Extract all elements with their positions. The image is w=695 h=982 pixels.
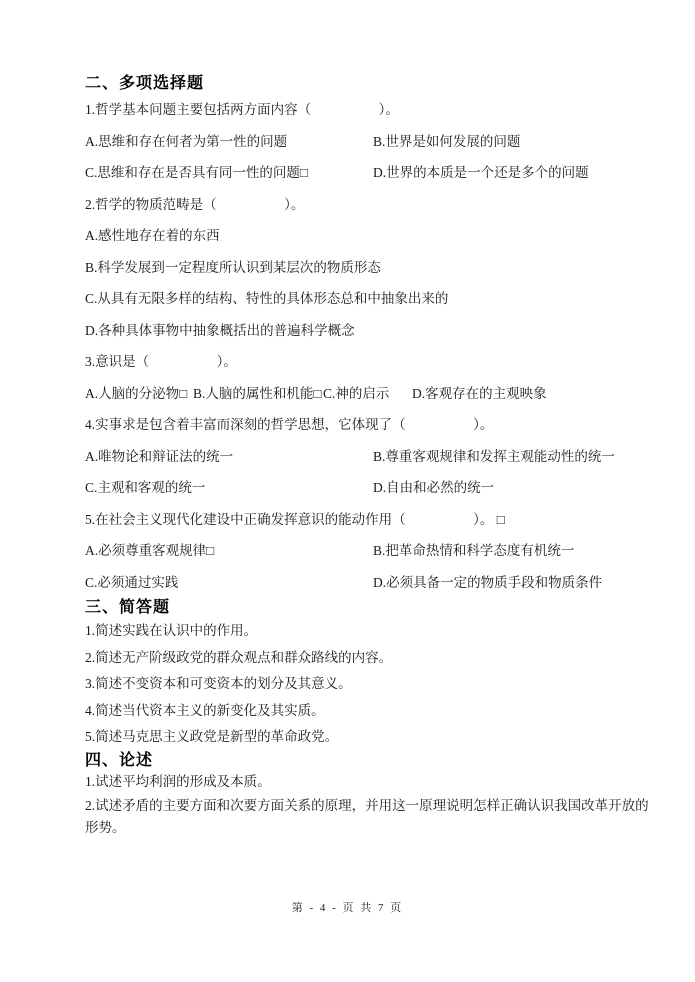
mc-q1-stem: 1.哲学基本问题主要包括两方面内容（ ）。 xyxy=(85,94,671,126)
mc-q4-option-c: C.主观和客观的统一 xyxy=(85,472,373,504)
mc-q2-option-d: D.各种具体事物中抽象概括出的普遍科学概念 xyxy=(85,315,671,347)
mc-q2-option-a: A.感性地存在着的东西 xyxy=(85,220,671,252)
mc-q5-option-b: B.把革命热情和科学态度有机统一 xyxy=(373,543,574,558)
mc-q2-stem: 2.哲学的物质范畴是（ ）。 xyxy=(85,189,671,221)
sa-q2: 2.简述无产阶级政党的群众观点和群众路线的内容。 xyxy=(85,645,671,672)
mc-q5-stem: 5.在社会主义现代化建设中正确发挥意识的能动作用（ ）。 □ xyxy=(85,504,671,536)
page-number-footer: 第 - 4 - 页 共 7 页 xyxy=(0,900,695,916)
mc-q1-option-a: A.思维和存在何者为第一性的问题 xyxy=(85,126,373,158)
exam-content: 二、多项选择题 1.哲学基本问题主要包括两方面内容（ ）。 A.思维和存在何者为… xyxy=(85,74,671,841)
mc-q1-option-b: B.世界是如何发展的问题 xyxy=(373,134,520,149)
sa-q1: 1.简述实践在认识中的作用。 xyxy=(85,618,671,645)
mc-q4-options-ab: A.唯物论和辩证法的统一B.尊重客观规律和发挥主观能动性的统一 xyxy=(85,441,671,473)
mc-q3-option-a: A.人脑的分泌物□ xyxy=(85,378,193,410)
mc-q5-option-d: D.必须具备一定的物质手段和物质条件 xyxy=(373,575,602,590)
mc-q4-option-d: D.自由和必然的统一 xyxy=(373,480,494,495)
mc-q3-stem: 3.意识是（ ）。 xyxy=(85,346,671,378)
mc-q1-options-ab: A.思维和存在何者为第一性的问题B.世界是如何发展的问题 xyxy=(85,126,671,158)
section-heading-essay: 四、论述 xyxy=(85,751,671,771)
essay-q2: 2.试述矛盾的主要方面和次要方面关系的原理，并用这一原理说明怎样正确认识我国改革… xyxy=(85,795,655,839)
mc-q5-options-cd: C.必须通过实践D.必须具备一定的物质手段和物质条件 xyxy=(85,567,671,599)
mc-q5-options-ab: A.必须尊重客观规律□B.把革命热情和科学态度有机统一 xyxy=(85,535,671,567)
sa-q5: 5.简述马克思主义政党是新型的革命政党。 xyxy=(85,724,671,751)
mc-q1-options-cd: C.思维和存在是否具有同一性的问题□D.世界的本质是一个还是多个的问题 xyxy=(85,157,671,189)
mc-q4-option-a: A.唯物论和辩证法的统一 xyxy=(85,441,373,473)
mc-q5-option-a: A.必须尊重客观规律□ xyxy=(85,535,373,567)
section-heading-short-answer: 三、简答题 xyxy=(85,598,671,618)
sa-q3: 3.简述不变资本和可变资本的划分及其意义。 xyxy=(85,671,671,698)
sa-q4: 4.简述当代资本主义的新变化及其实质。 xyxy=(85,698,671,725)
mc-q4-option-b: B.尊重客观规律和发挥主观能动性的统一 xyxy=(373,449,615,464)
mc-q4-stem: 4.实事求是包含着丰富而深刻的哲学思想，它体现了（ ）。 xyxy=(85,409,671,441)
essay-q1: 1.试述平均利润的形成及本质。 xyxy=(85,771,655,793)
mc-q2-option-b: B.科学发展到一定程度所认识到某层次的物质形态 xyxy=(85,252,671,284)
mc-q3-options: A.人脑的分泌物□B.人脑的属性和机能□C.神的启示D.客观存在的主观映象 xyxy=(85,378,671,410)
exam-page: 二、多项选择题 1.哲学基本问题主要包括两方面内容（ ）。 A.思维和存在何者为… xyxy=(0,0,695,982)
mc-q2-option-c: C.从具有无限多样的结构、特性的具体形态总和中抽象出来的 xyxy=(85,283,671,315)
mc-q3-option-d: D.客观存在的主观映象 xyxy=(412,386,547,401)
mc-q4-options-cd: C.主观和客观的统一D.自由和必然的统一 xyxy=(85,472,671,504)
mc-q3-option-b: B.人脑的属性和机能□ xyxy=(193,378,323,410)
section-heading-multiple-choice: 二、多项选择题 xyxy=(85,74,671,94)
mc-q3-option-c: C.神的启示 xyxy=(323,378,412,410)
mc-q1-option-d: D.世界的本质是一个还是多个的问题 xyxy=(373,165,589,180)
mc-q5-option-c: C.必须通过实践 xyxy=(85,567,373,599)
mc-q1-option-c: C.思维和存在是否具有同一性的问题□ xyxy=(85,157,373,189)
